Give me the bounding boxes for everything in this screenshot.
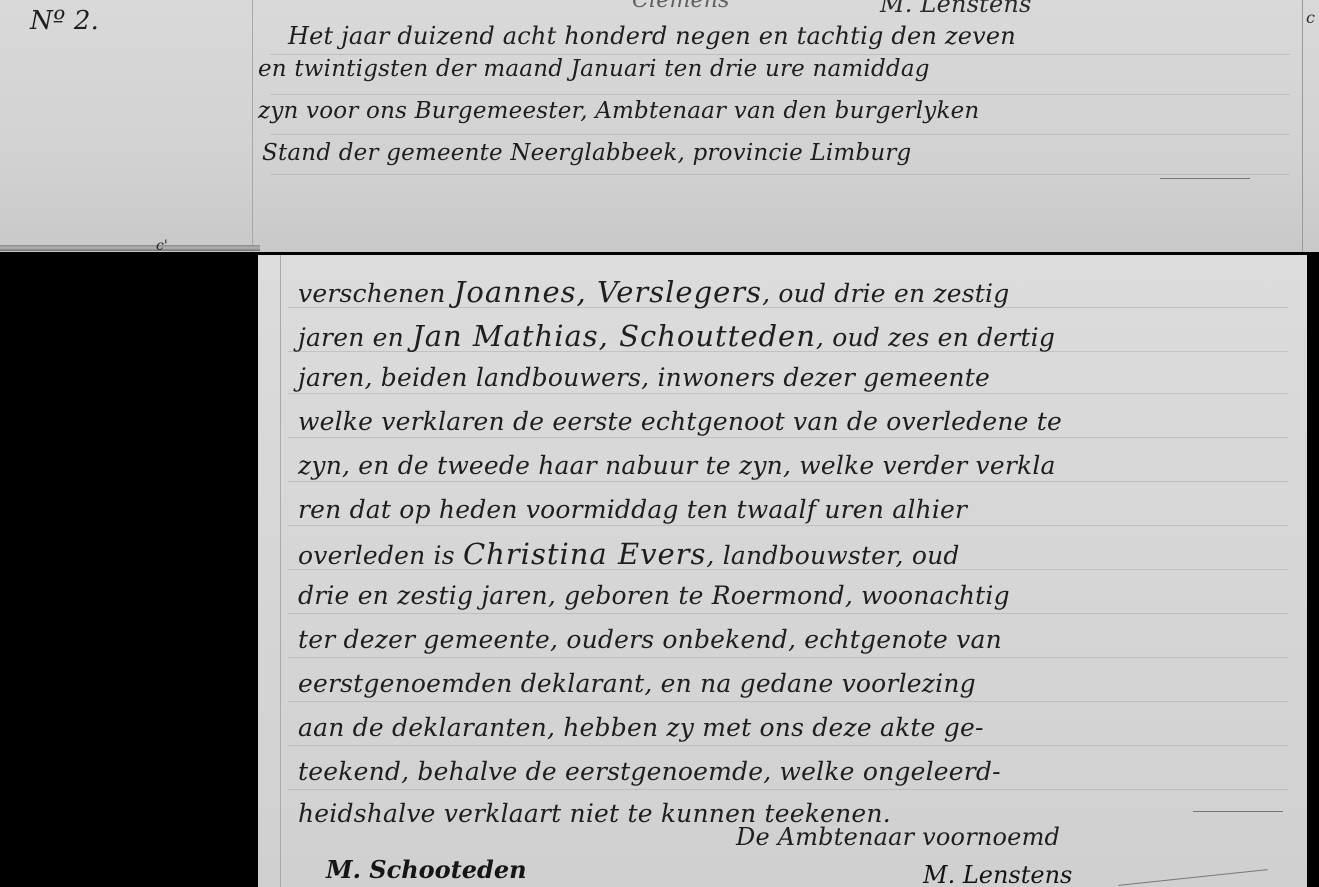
text-line: jaren en Jan Mathias, Schoutteden, oud z…: [298, 319, 1055, 353]
declarant-1-name: Joannes, Verslegers: [454, 275, 762, 309]
page-edge: [0, 245, 260, 251]
faded-header-left: Clemens: [632, 0, 730, 13]
ruled-line: [288, 525, 1288, 526]
text-line: ter dezer gemeente, ouders onbekend, ech…: [298, 625, 1002, 654]
text-segment: jaren en: [298, 323, 412, 352]
ruled-line: [270, 134, 1290, 135]
text-line: drie en zestig jaren, geboren te Roermon…: [298, 581, 1010, 610]
text-line: Het jaar duizend acht honderd negen en t…: [288, 22, 1016, 50]
signature-flourish: [1118, 869, 1267, 886]
declarant-2-name: Jan Mathias, Schoutteden: [412, 319, 816, 353]
record-number: Nº 2.: [30, 6, 99, 36]
text-line: ren dat op heden voormiddag ten twaalf u…: [298, 495, 967, 524]
line-end-flourish: [1193, 811, 1283, 812]
ruled-line: [288, 701, 1288, 702]
text-line: zyn, en de tweede haar nabuur te zyn, we…: [298, 451, 1056, 480]
faded-header-signature: M. Lenstens: [880, 0, 1032, 18]
ruled-line: [288, 745, 1288, 746]
text-segment: , oud drie en zestig: [762, 279, 1009, 308]
text-line: zyn voor ons Burgemeester, Ambtenaar van…: [258, 98, 979, 124]
ruled-line: [270, 94, 1290, 95]
margin-rule: [252, 0, 253, 252]
right-margin-rule: [1302, 0, 1303, 252]
deceased-name: Christina Evers: [463, 537, 706, 571]
text-segment: , oud zes en dertig: [816, 323, 1055, 352]
ruled-line: [288, 481, 1288, 482]
declarant-signature: M. Schooteden: [326, 855, 527, 884]
ruled-line: [288, 393, 1288, 394]
text-line: Stand der gemeente Neerglabbeek, provinc…: [262, 140, 912, 166]
text-line: aan de deklaranten, hebben zy met ons de…: [298, 713, 984, 742]
text-line: verschenen Joannes, Verslegers, oud drie…: [298, 275, 1009, 309]
line-end-flourish: [1160, 178, 1250, 179]
stray-ink-mark: c': [156, 238, 168, 254]
ruled-line: [288, 613, 1288, 614]
right-margin-mark: c: [1306, 8, 1315, 27]
ruled-line: [270, 54, 1290, 55]
ruled-line: [270, 174, 1290, 175]
text-segment: , landbouwster, oud: [706, 541, 959, 570]
text-line: welke verklaren de eerste echtgenoot van…: [298, 407, 1062, 436]
margin-rule: [280, 255, 281, 887]
lower-page-panel: verschenen Joannes, Verslegers, oud drie…: [258, 255, 1307, 887]
text-segment: overleden is: [298, 541, 463, 570]
text-line: eerstgenoemden deklarant, en na gedane v…: [298, 669, 976, 698]
text-line: overleden is Christina Evers, landbouwst…: [298, 537, 960, 571]
ruled-line: [288, 657, 1288, 658]
official-signature: M. Lenstens: [923, 861, 1072, 887]
ruled-line: [288, 789, 1288, 790]
closing-formula: De Ambtenaar voornoemd: [736, 823, 1060, 851]
ruled-line: [288, 437, 1288, 438]
text-line: jaren, beiden landbouwers, inwoners deze…: [298, 363, 990, 392]
text-line: en twintigsten der maand Januari ten dri…: [258, 56, 930, 82]
text-segment: verschenen: [298, 279, 454, 308]
text-line: teekend, behalve de eerstgenoemde, welke…: [298, 757, 1001, 786]
top-page-strip: Nº 2. Clemens M. Lenstens Het jaar duize…: [0, 0, 1319, 252]
